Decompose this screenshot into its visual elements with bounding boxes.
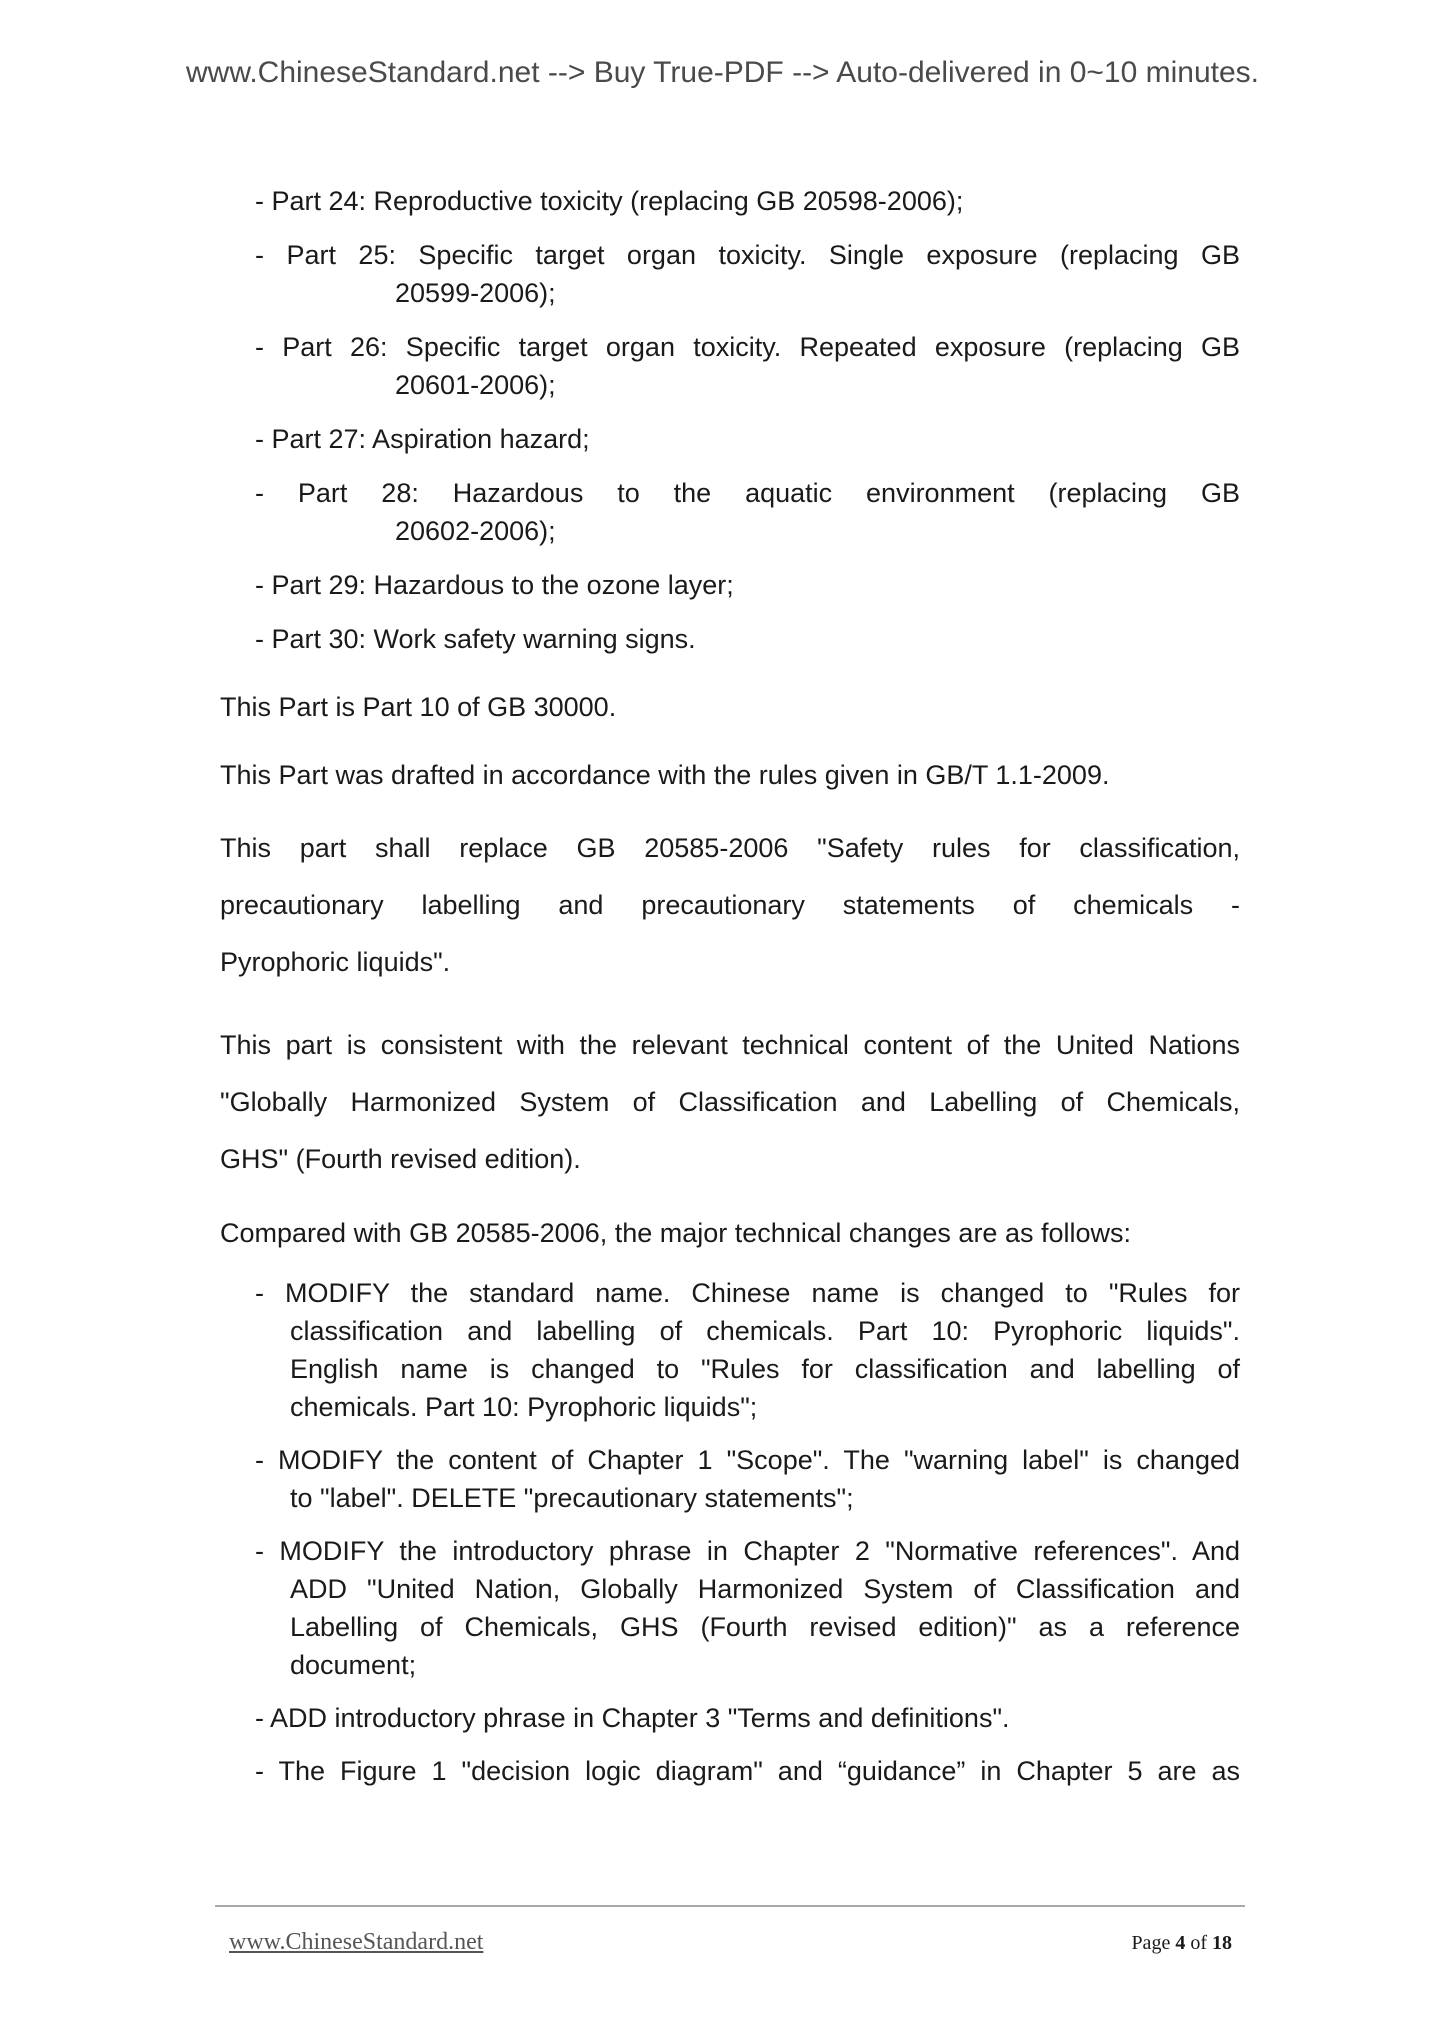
- list-item-line: Labelling of Chemicals, GHS (Fourth revi…: [255, 1608, 1240, 1646]
- list-item-text: - Part 29: Hazardous to the ozone layer;: [255, 566, 1240, 604]
- list-item-line: - ADD introductory phrase in Chapter 3 "…: [255, 1699, 1240, 1737]
- list-item-line: - MODIFY the standard name. Chinese name…: [255, 1274, 1240, 1312]
- list-item-line: to "label". DELETE "precautionary statem…: [255, 1479, 1240, 1517]
- list-item-text: - Part 25: Specific target organ toxicit…: [255, 236, 1240, 274]
- paragraph-drafted: This Part was drafted in accordance with…: [220, 756, 1240, 794]
- list-item-line: ADD "United Nation, Globally Harmonized …: [255, 1570, 1240, 1608]
- paragraph-line: precautionary labelling and precautionar…: [220, 877, 1240, 934]
- list-item-continuation: 20602-2006);: [255, 512, 1240, 550]
- list-item: - MODIFY the standard name. Chinese name…: [255, 1274, 1240, 1426]
- list-item: - Part 25: Specific target organ toxicit…: [255, 236, 1240, 312]
- list-item-line: - The Figure 1 "decision logic diagram" …: [255, 1752, 1240, 1790]
- list-item: - Part 26: Specific target organ toxicit…: [255, 328, 1240, 404]
- paragraph-line: Pyrophoric liquids".: [220, 934, 1240, 991]
- changes-list: - MODIFY the standard name. Chinese name…: [220, 1274, 1240, 1790]
- list-item: - MODIFY the content of Chapter 1 "Scope…: [255, 1441, 1240, 1517]
- page-prefix: Page: [1131, 1932, 1175, 1954]
- list-item-continuation: 20599-2006);: [255, 274, 1240, 312]
- list-item: - Part 30: Work safety warning signs.: [255, 620, 1240, 658]
- footer-divider: [215, 1905, 1245, 1907]
- list-item-text: - Part 24: Reproductive toxicity (replac…: [255, 182, 1240, 220]
- list-item: - The Figure 1 "decision logic diagram" …: [255, 1752, 1240, 1790]
- paragraph-line: "Globally Harmonized System of Classific…: [220, 1074, 1240, 1131]
- list-item: - Part 27: Aspiration hazard;: [255, 420, 1240, 458]
- list-item: - Part 28: Hazardous to the aquatic envi…: [255, 474, 1240, 550]
- parts-list: - Part 24: Reproductive toxicity (replac…: [220, 182, 1240, 658]
- paragraph-replace: This part shall replace GB 20585-2006 "S…: [220, 820, 1240, 991]
- paragraph-line: This part shall replace GB 20585-2006 "S…: [220, 820, 1240, 877]
- paragraph-part-of: This Part is Part 10 of GB 30000.: [220, 688, 1240, 726]
- list-item: - MODIFY the introductory phrase in Chap…: [255, 1532, 1240, 1684]
- paragraph-compared: Compared with GB 20585-2006, the major t…: [220, 1214, 1240, 1252]
- page-of: of: [1185, 1932, 1212, 1954]
- list-item-text: - Part 27: Aspiration hazard;: [255, 420, 1240, 458]
- paragraph-line: GHS" (Fourth revised edition).: [220, 1131, 1240, 1188]
- list-item-continuation: 20601-2006);: [255, 366, 1240, 404]
- list-item-text: - Part 28: Hazardous to the aquatic envi…: [255, 474, 1240, 512]
- list-item: - ADD introductory phrase in Chapter 3 "…: [255, 1699, 1240, 1737]
- list-item-line: chemicals. Part 10: Pyrophoric liquids";: [255, 1388, 1240, 1426]
- document-body: - Part 24: Reproductive toxicity (replac…: [220, 182, 1240, 1805]
- list-item-line: classification and labelling of chemical…: [255, 1312, 1240, 1350]
- list-item-line: - MODIFY the introductory phrase in Chap…: [255, 1532, 1240, 1570]
- top-banner: www.ChineseStandard.net --> Buy True-PDF…: [0, 56, 1445, 90]
- page-total: 18: [1212, 1932, 1232, 1954]
- list-item: - Part 24: Reproductive toxicity (replac…: [255, 182, 1240, 220]
- paragraph-consistent: This part is consistent with the relevan…: [220, 1017, 1240, 1188]
- list-item-line: English name is changed to "Rules for cl…: [255, 1350, 1240, 1388]
- list-item-line: - MODIFY the content of Chapter 1 "Scope…: [255, 1441, 1240, 1479]
- list-item-line: document;: [255, 1646, 1240, 1684]
- list-item: - Part 29: Hazardous to the ozone layer;: [255, 566, 1240, 604]
- list-item-text: - Part 30: Work safety warning signs.: [255, 620, 1240, 658]
- page-current: 4: [1175, 1932, 1185, 1954]
- paragraph-line: This part is consistent with the relevan…: [220, 1017, 1240, 1074]
- list-item-text: - Part 26: Specific target organ toxicit…: [255, 328, 1240, 366]
- page-number: Page 4 of 18: [1131, 1932, 1232, 1955]
- footer-website-link[interactable]: www.ChineseStandard.net: [229, 1929, 483, 1956]
